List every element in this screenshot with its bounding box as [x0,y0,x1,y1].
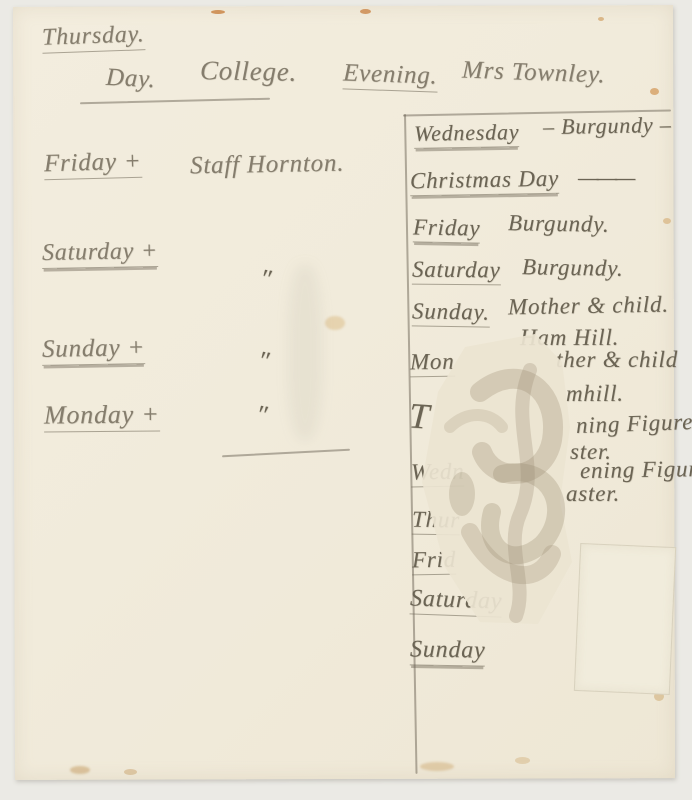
r-entry-christmas: Christmas Day [410,167,560,197]
r-entry-saturday-note: Burgundy. [522,255,624,280]
r-entry-wednesday2-note: ening Figure [580,457,692,482]
r-entry-wednesday-note: – Burgundy – [543,114,672,138]
schedule-mrs-townley: Mrs Townley. [462,58,606,88]
r-entry-christmas-dash: ——— [578,166,633,189]
r-entry-sunday: Sunday. [412,299,490,327]
r-entry-friday: Friday [413,215,481,243]
entry-monday: Monday + [44,401,160,432]
r-entry-sunday-note: Mother & child. [508,293,669,319]
r-entry-friday-note: Burgundy. [508,211,610,236]
schedule-evening-label: Evening. [343,60,439,92]
stain-spot [650,88,659,95]
stain-spot [70,766,90,774]
entry-thursday: Thursday. [42,22,145,54]
scan-backdrop: Thursday. Day. College. Evening. Mrs Tow… [0,0,692,800]
stain-spot [124,769,137,775]
collage-wash-fragment [410,332,590,632]
stain-spot [325,316,345,330]
r-entry-wednesday: Wednesday [414,121,520,149]
stain-spot [663,218,671,224]
entry-friday: Friday + [44,149,142,181]
stain-spot [360,9,371,14]
entry-friday-note: Staff Hornton. [190,151,345,179]
schedule-day-label: Day. [105,65,156,93]
stain-spot [211,10,225,14]
stain-spot [420,762,454,771]
r-entry-sunday2: Sunday [410,637,486,666]
stain-spot [598,17,604,21]
r-entry-saturday: Saturday [412,258,501,286]
entry-sunday: Sunday + [42,335,146,366]
stain-spot [515,757,530,764]
r-entry-tuesday-note: ning Figure [576,410,692,437]
schedule-college-label: College. [200,57,298,86]
graphite-smudge [288,265,322,440]
entry-saturday: Saturday + [42,239,158,269]
